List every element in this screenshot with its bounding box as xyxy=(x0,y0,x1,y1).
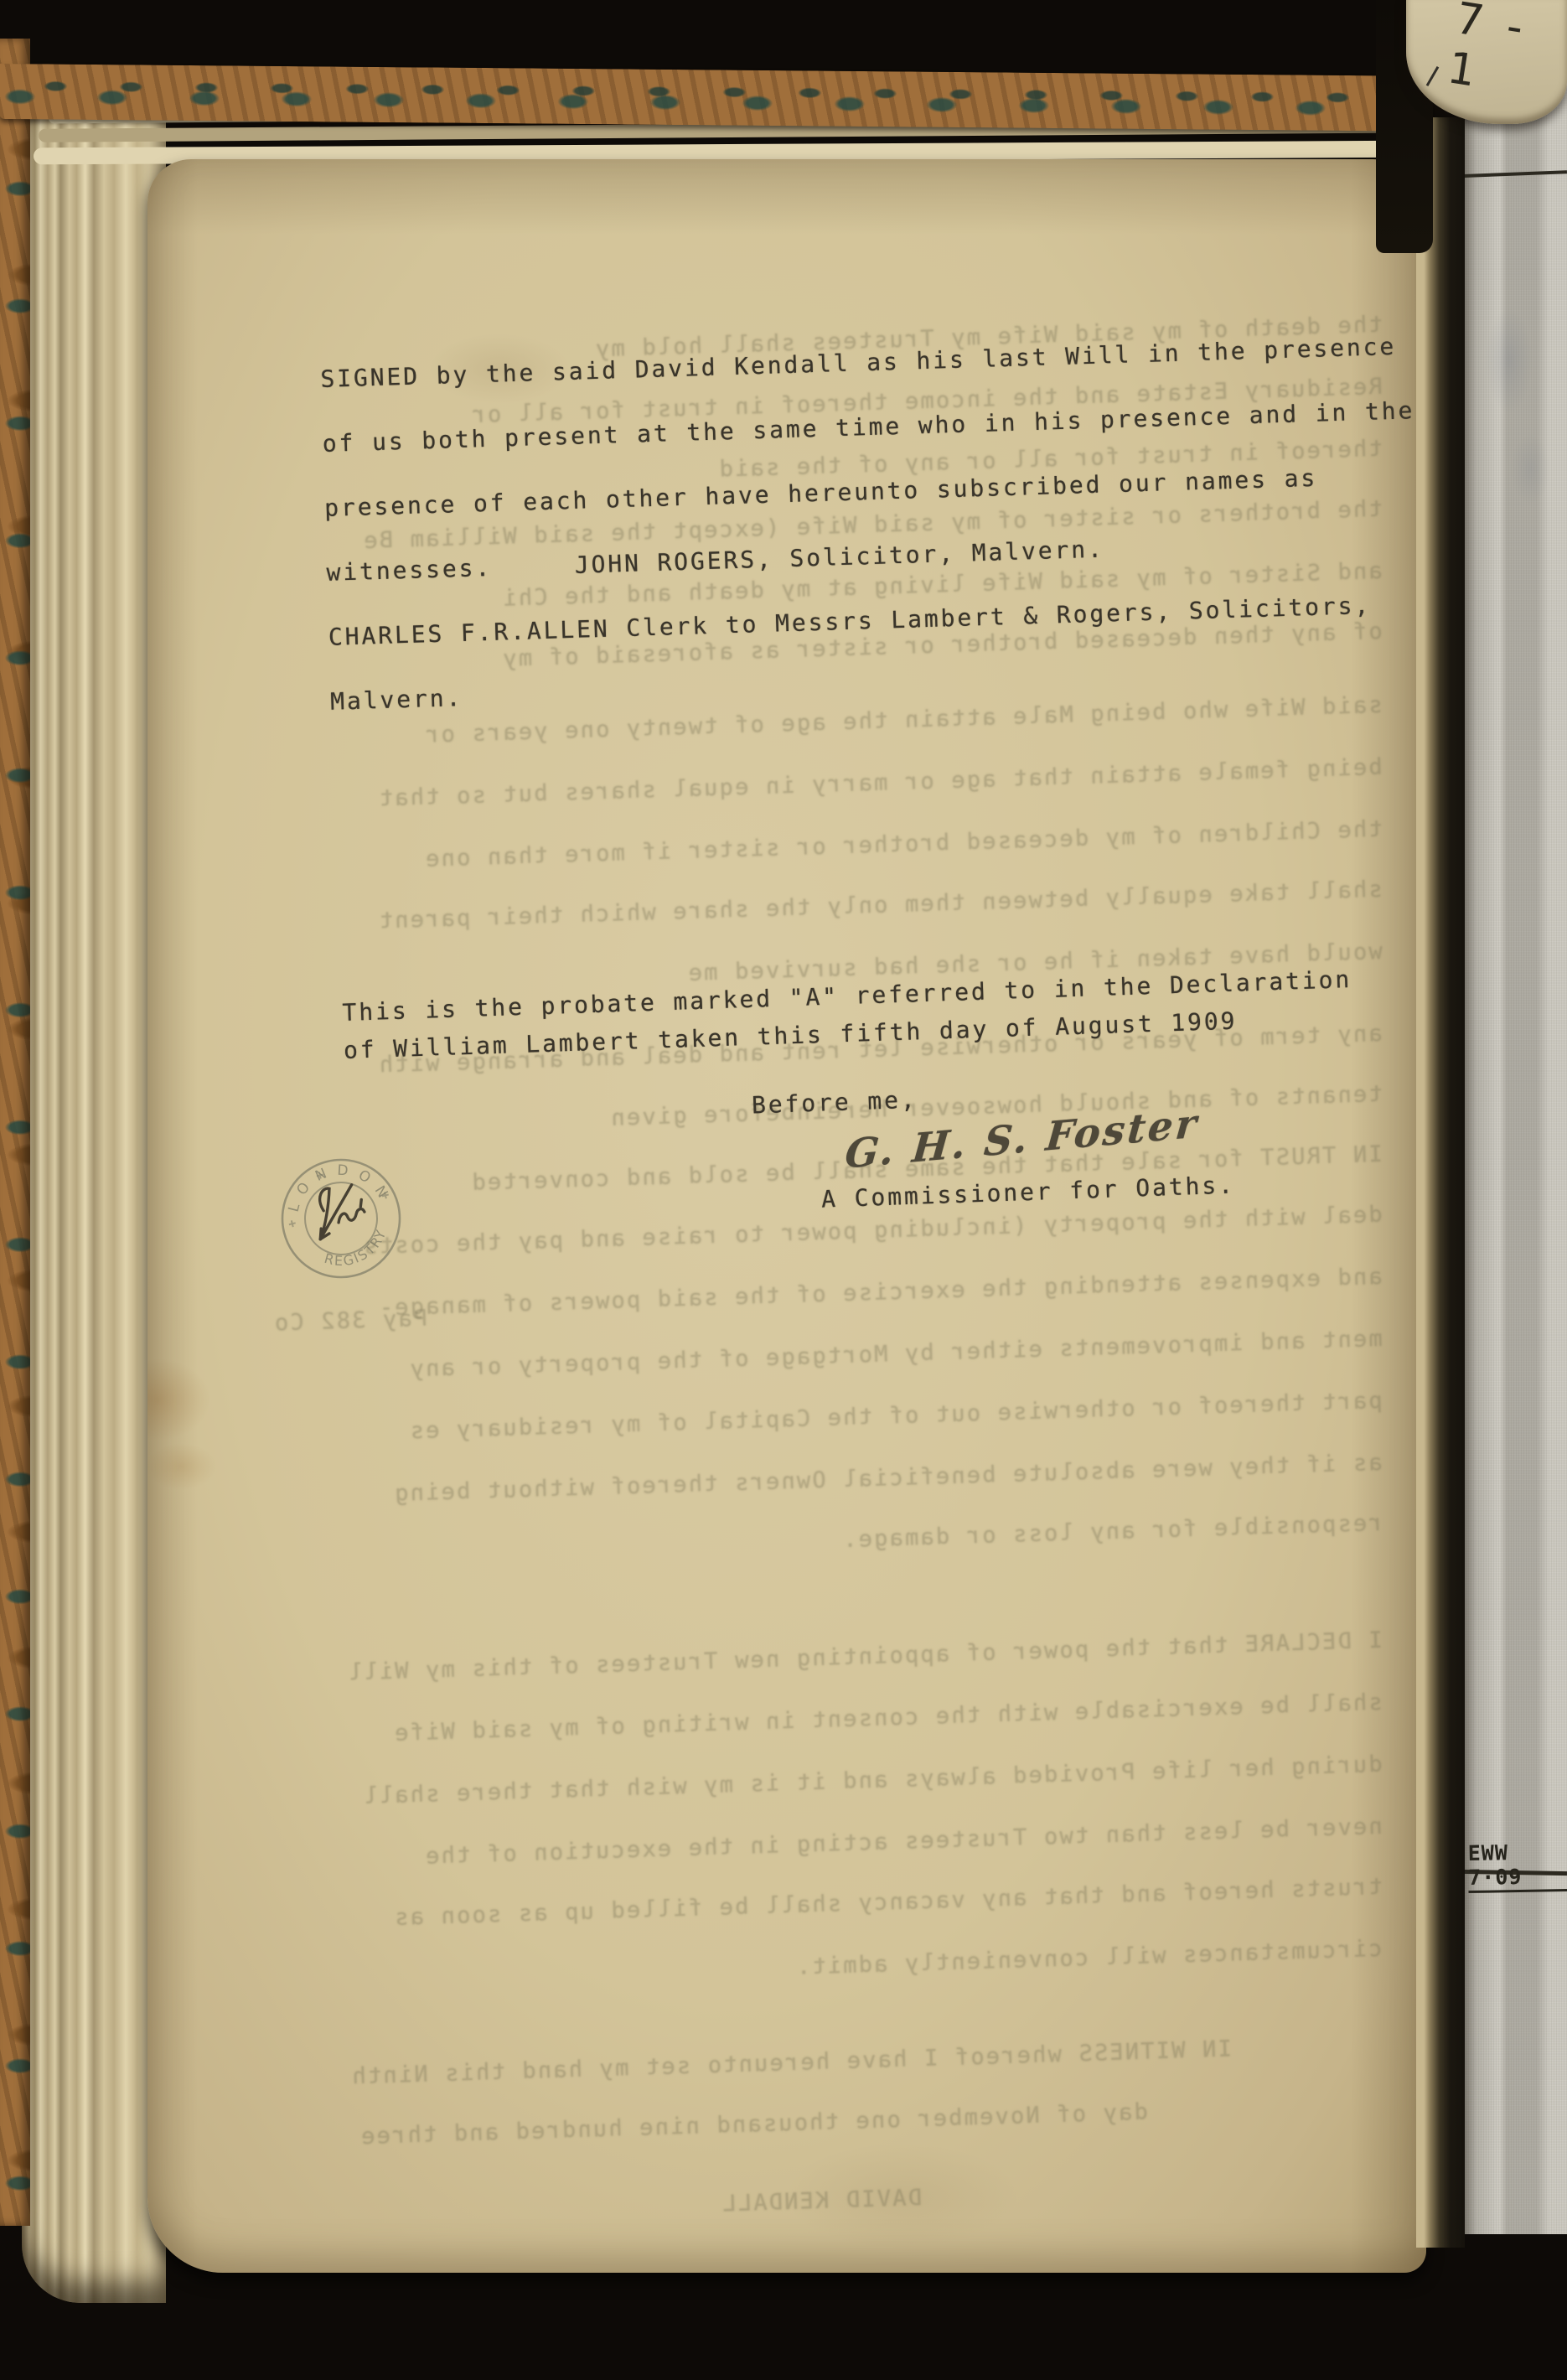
before-me-label: Before me, xyxy=(751,1086,918,1120)
ghost-text-line: IN WITNESS whereof I have hereunto set m… xyxy=(302,2031,1383,2092)
ghost-text-line: shall take equally between them only the… xyxy=(302,877,1383,937)
ghost-text-line: DAVID KENDALL xyxy=(302,2170,1383,2231)
scanned-register-page: EWW 7·09 the death of my said Wife my Tr… xyxy=(0,0,1567,2380)
ghost-text-line: responsible for any loss or damage. xyxy=(302,1510,1383,1570)
ghost-text-line: as if they were absolute beneficial Owne… xyxy=(302,1450,1383,1510)
adjacent-linen-page xyxy=(1463,0,1567,2234)
ghost-text-line: shall be exercisable with the consent in… xyxy=(302,1689,1383,1750)
ghost-text-line: ment and improvements either by Mortgage… xyxy=(302,1326,1383,1386)
ghost-text-line: part thereof or otherwise out of the Cap… xyxy=(302,1388,1383,1448)
svg-text:REGISTRY: REGISTRY xyxy=(317,1224,396,1275)
ghost-text-line: never be less than two Trustees acting i… xyxy=(302,1813,1383,1874)
ghost-text-line: being female attain that age or marry in… xyxy=(302,754,1383,815)
ghost-text-line: circumstances will conveniently admit. xyxy=(302,1936,1383,1996)
book-cover-marbled-edge-left xyxy=(0,39,30,2226)
clerk-initials-annotation: EWW 7·09 xyxy=(1467,1839,1567,1893)
handwritten-folio-mark: 7 - 1 xyxy=(1444,0,1567,111)
ghost-text-line: during her life Provided always and it i… xyxy=(302,1751,1383,1812)
attestation-paragraph: SIGNED by the said David Kendall as his … xyxy=(320,331,1454,753)
ghost-text-line: trusts hereof and that any vacancy shall… xyxy=(302,1874,1383,1934)
pen-stroke xyxy=(1426,66,1440,86)
page-stack-edges xyxy=(22,94,166,2303)
ghost-text-line: the Children of my deceased brother or s… xyxy=(302,816,1383,877)
ghost-text-line: day of November one thousand nine hundre… xyxy=(302,2092,1383,2152)
ghost-text-line: I DECLARE that the power of appointing n… xyxy=(302,1627,1383,1688)
stamp-cross-icon xyxy=(288,1219,297,1228)
stamp-arc-bottom-text: REGISTRY xyxy=(317,1224,396,1275)
handwritten-initials-monogram xyxy=(308,1181,368,1239)
